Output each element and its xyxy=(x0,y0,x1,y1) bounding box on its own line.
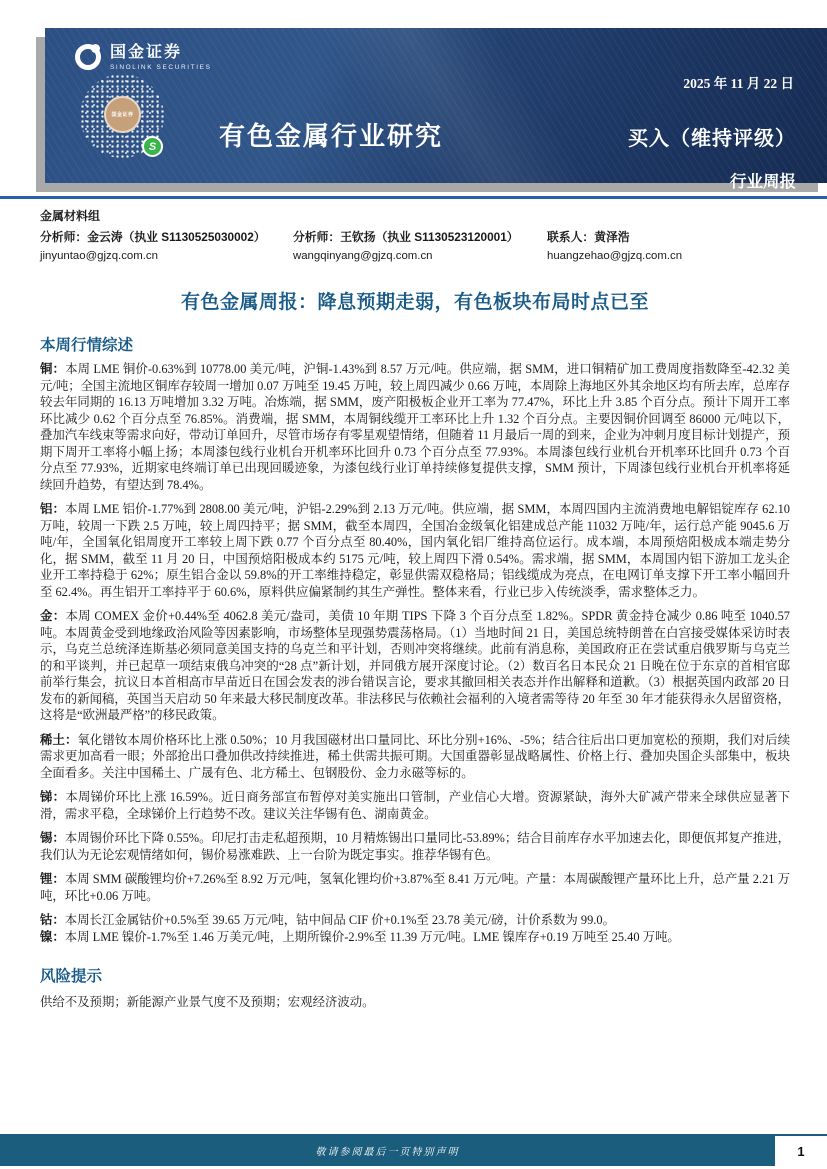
report-date: 2025 年 11 月 22 日 xyxy=(683,72,794,92)
paragraph-tin: 锡：本周锡价环比下降 0.55%。印尼打击走私超预期，10 月精炼锡出口量同比-… xyxy=(40,830,790,863)
header-divider xyxy=(0,196,827,199)
team-group-title: 金属材料组 xyxy=(40,207,790,224)
analyst-column: 分析师：金云涛（执业 S1130525030002） jinyuntao@gjz… xyxy=(40,228,293,262)
paragraph-label: 锂： xyxy=(40,872,65,886)
paragraph-label: 锡： xyxy=(40,831,65,845)
paragraph-label: 金： xyxy=(40,609,65,623)
analyst-role-line: 联系人：黄泽浩 xyxy=(547,228,790,245)
sinolink-logo-icon xyxy=(75,44,101,70)
sinolink-logo: 国金证券 SINOLINK SECURITIES xyxy=(75,44,212,71)
paragraph-text: 本周 COMEX 金价+0.44%至 4062.8 美元/盎司，美债 10 年期… xyxy=(40,609,790,722)
paragraph-label: 镍： xyxy=(40,930,65,944)
paragraph-copper: 铜：本周 LME 铜价-0.63%到 10778.00 美元/吨，沪铜-1.43… xyxy=(40,361,790,493)
risk-text: 供给不及预期；新能源产业景气度不及预期；宏观经济波动。 xyxy=(40,994,790,1011)
page-number: 1 xyxy=(797,1144,804,1159)
analyst-email: jinyuntao@gjzq.com.cn xyxy=(40,250,293,262)
paragraph-label: 稀土： xyxy=(40,733,77,747)
analyst-role-line: 分析师：金云涛（执业 S1130525030002） xyxy=(40,228,293,245)
paragraph-text: 本周 LME 铝价-1.77%到 2808.00 美元/吨，沪铝-2.29%到 … xyxy=(40,502,790,599)
analyst-column: 分析师：王钦扬（执业 S1130523120001） wangqinyang@g… xyxy=(293,228,547,262)
paragraph-gold: 金：本周 COMEX 金价+0.44%至 4062.8 美元/盎司，美债 10 … xyxy=(40,608,790,724)
analyst-email: huangzehao@gjzq.com.cn xyxy=(547,250,790,262)
paragraph-lithium: 锂：本周 SMM 碳酸锂均价+7.26%至 8.92 万元/吨，氢氧化锂均价+3… xyxy=(40,871,790,904)
section-heading-weekly-summary: 本周行情综述 xyxy=(40,333,790,355)
page-title: 有色金属周报：降息预期走弱，有色板块布局时点已至 xyxy=(40,287,790,314)
paragraph-label: 钴： xyxy=(40,913,65,927)
analyst-column: 联系人：黄泽浩 huangzehao@gjzq.com.cn xyxy=(547,228,790,262)
rating-badge: 买入（维持评级） xyxy=(628,122,796,151)
report-title: 有色金属行业研究 xyxy=(45,116,617,153)
paragraph-rare-earth: 稀土：氧化镨钕本周价格环比上涨 0.50%；10 月我国磁材出口量同比、环比分别… xyxy=(40,732,790,782)
paragraph-antimony: 锑：本周锑价环比上涨 16.59%。近日商务部宣布暂停对美实施出口管制，产业信心… xyxy=(40,789,790,822)
paragraph-text: 本周锑价环比上涨 16.59%。近日商务部宣布暂停对美实施出口管制，产业信心大增… xyxy=(40,790,790,821)
report-type-label: 行业周报 xyxy=(628,168,796,192)
paragraph-text: 本周 LME 铜价-0.63%到 10778.00 美元/吨，沪铜-1.43%到… xyxy=(40,362,790,492)
footer-band: 敬请参阅最后一页特别声明 xyxy=(0,1134,775,1166)
brand-name-en: SINOLINK SECURITIES xyxy=(110,64,212,71)
report-page: 国金证券 SINOLINK SECURITIES 2025 年 11 月 22 … xyxy=(0,0,827,1169)
footer-disclaimer: 敬请参阅最后一页特别声明 xyxy=(316,1143,460,1158)
paragraph-label: 铝： xyxy=(40,502,65,516)
brand-name-cn: 国金证券 xyxy=(110,44,212,62)
report-header-banner: 国金证券 SINOLINK SECURITIES 2025 年 11 月 22 … xyxy=(45,28,827,183)
paragraph-aluminum: 铝：本周 LME 铝价-1.77%到 2808.00 美元/吨，沪铝-2.29%… xyxy=(40,501,790,600)
paragraph-text: 本周 SMM 碳酸锂均价+7.26%至 8.92 万元/吨，氢氧化锂均价+3.8… xyxy=(40,872,790,903)
paragraph-label: 铜： xyxy=(40,362,65,376)
paragraph-text: 本周锡价环比下降 0.55%。印尼打击走私超预期，10 月精炼锡出口量同比-53… xyxy=(40,831,790,862)
analyst-block: 分析师：金云涛（执业 S1130525030002） jinyuntao@gjz… xyxy=(40,228,790,262)
sinolink-logo-text: 国金证券 SINOLINK SECURITIES xyxy=(110,44,212,71)
report-meta: 买入（维持评级） 行业周报 证券研究报告 xyxy=(628,122,796,215)
analyst-role-line: 分析师：王钦扬（执业 S1130523120001） xyxy=(293,228,547,245)
section-heading-risk: 风险提示 xyxy=(40,964,790,986)
paragraph-cobalt: 钴：本周长江金属钴价+0.5%至 39.65 万元/吨，钴中间品 CIF 价+0… xyxy=(40,912,790,929)
paragraph-text: 氧化镨钕本周价格环比上涨 0.50%；10 月我国磁材出口量同比、环比分别+16… xyxy=(40,733,790,780)
report-body: 金属材料组 分析师：金云涛（执业 S1130525030002） jinyunt… xyxy=(40,207,790,1011)
analyst-email: wangqinyang@gjzq.com.cn xyxy=(293,250,547,262)
paragraph-text: 本周 LME 镍价-1.7%至 1.46 万美元/吨，上期所镍价-2.9%至 1… xyxy=(65,930,680,944)
paragraph-label: 锑： xyxy=(40,790,65,804)
paragraph-nickel: 镍：本周 LME 镍价-1.7%至 1.46 万美元/吨，上期所镍价-2.9%至… xyxy=(40,929,790,946)
page-number-box: 1 xyxy=(775,1134,827,1166)
paragraph-text: 本周长江金属钴价+0.5%至 39.65 万元/吨，钴中间品 CIF 价+0.1… xyxy=(65,913,615,927)
